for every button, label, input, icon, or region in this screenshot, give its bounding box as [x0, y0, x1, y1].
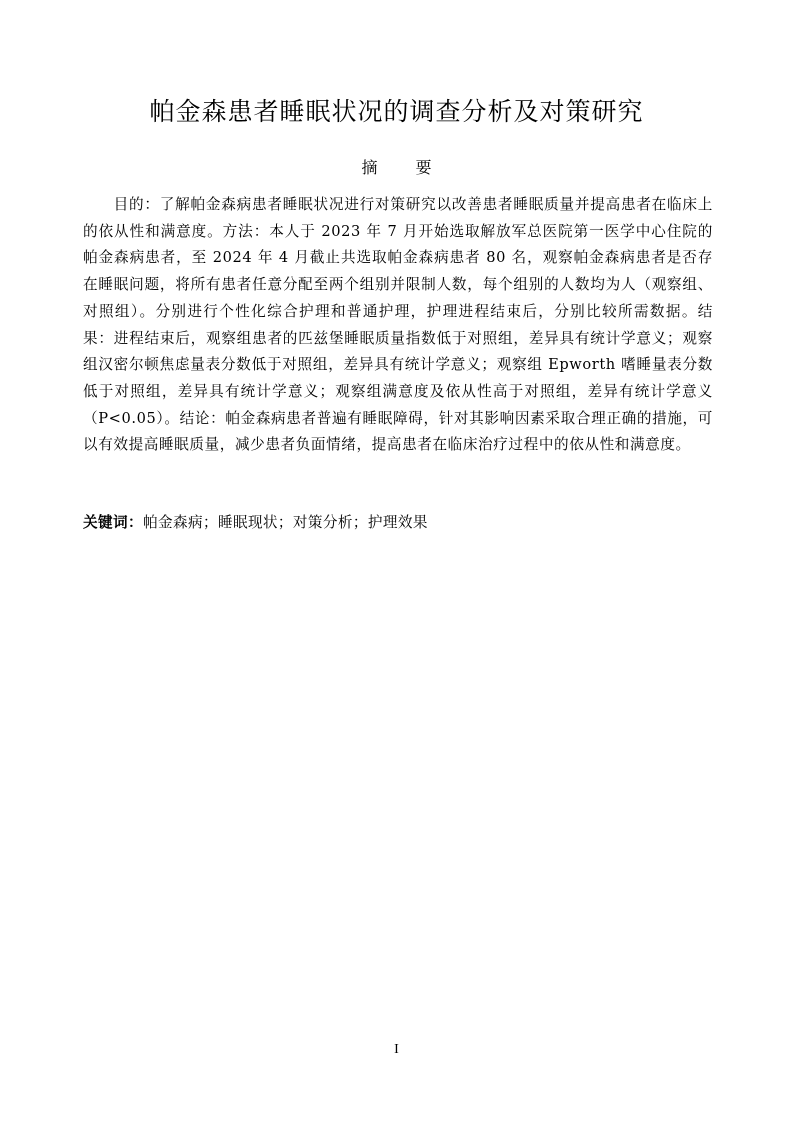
abstract-heading-char-1: 摘: [361, 156, 377, 180]
abstract-heading-char-2: 要: [416, 156, 432, 180]
keywords-line: 关键词：帕金森病；睡眠现状；对策分析；护理效果: [83, 511, 428, 535]
page-number: I: [0, 1041, 793, 1059]
page-title: 帕金森患者睡眠状况的调查分析及对策研究: [0, 96, 793, 128]
abstract-heading: 摘要: [0, 156, 793, 180]
abstract-body: 目的：了解帕金森病患者睡眠状况进行对策研究以改善患者睡眠质量并提高患者在临床上的…: [83, 192, 713, 459]
document-page: 帕金森患者睡眠状况的调查分析及对策研究 摘要 目的：了解帕金森病患者睡眠状况进行…: [0, 0, 793, 1122]
keywords-list: 帕金森病；睡眠现状；对策分析；护理效果: [143, 514, 428, 531]
keywords-label: 关键词：: [83, 514, 143, 531]
